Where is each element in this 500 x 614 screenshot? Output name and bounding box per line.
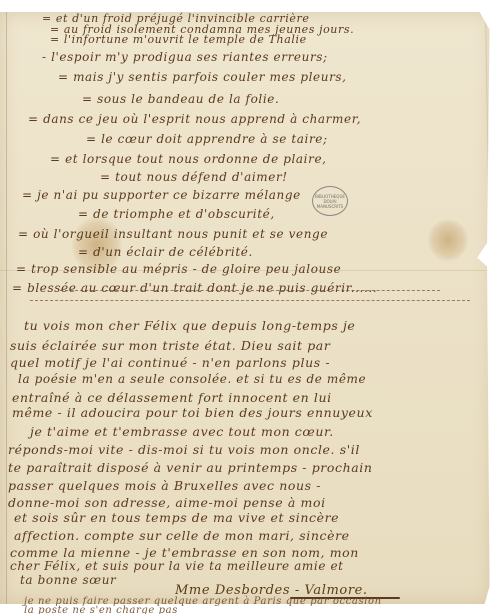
letter-line: la poésie m'en a seule consolée. et si t…: [18, 372, 366, 386]
letter-line: entraîné à ce délassement fort innocent …: [12, 390, 332, 405]
poem-line: = tout nous défend d'aimer!: [100, 170, 288, 184]
letter-line: suis éclairée sur mon triste état. Dieu …: [10, 338, 330, 353]
letter-line: et sois sûr en tous temps de ma vive et …: [14, 510, 339, 525]
letter-line: cher Félix, et suis pour la vie ta meill…: [10, 559, 344, 573]
page-fold-right: [485, 12, 496, 604]
letter-line: ta bonne sœur: [20, 573, 116, 587]
letter-line: je t'aime et t'embrasse avec tout mon cœ…: [30, 424, 334, 439]
library-stamp: BIBLIOTHEQUE DOUAI MANUSCRITS: [312, 186, 348, 216]
poem-underline-dashes: [60, 290, 440, 292]
letter-line: passer quelques mois à Bruxelles avec no…: [8, 478, 321, 493]
letter-line: donne-moi son adresse, aime-moi pense à …: [8, 495, 326, 510]
poem-line: = dans ce jeu où l'esprit nous apprend à…: [28, 112, 361, 126]
letter-line: même - il adoucira pour toi bien des jou…: [12, 405, 373, 420]
poem-line: = sous le bandeau de la folie.: [82, 92, 279, 106]
poem-line: = et lorsque tout nous ordonne de plaire…: [50, 152, 327, 166]
letter-line: réponds-moi vite - dis-moi si tu vois mo…: [8, 442, 360, 457]
page-fold-left: [6, 12, 7, 604]
poem-line: = de triomphe et d'obscurité,: [78, 207, 275, 221]
poem-line: = où l'orgueil insultant nous punit et s…: [18, 227, 328, 241]
poem-line: = l'infortune m'ouvrit le temple de Thal…: [50, 33, 307, 46]
water-stain-right: [428, 219, 468, 261]
poem-underline-dashes: [30, 300, 470, 302]
poem-line: = blessée au cœur d'un trait dont je ne …: [12, 281, 377, 295]
poem-line: = trop sensible au mépris - de gloire pe…: [16, 262, 341, 276]
poem-line: - l'espoir m'y prodigua ses riantes erre…: [42, 50, 328, 64]
poem-line: = je n'ai pu supporter ce bizarre mélang…: [22, 188, 301, 202]
poem-line: = le cœur doit apprendre à se taire;: [86, 132, 328, 146]
stamp-line: MANUSCRITS: [317, 204, 343, 209]
letter-line: comme la mienne - je t'embrasse en son n…: [10, 545, 359, 560]
postscript-line: la poste ne s'en charge pas: [24, 605, 178, 614]
letter-line: tu vois mon cher Félix que depuis long-t…: [24, 318, 355, 333]
poem-line: = d'un éclair de célébrité.: [78, 245, 253, 259]
letter-line: affection. compte sur celle de mon mari,…: [14, 528, 350, 543]
letter-line: te paraîtrait disposé à venir au printem…: [8, 460, 373, 475]
letter-line: quel motif je l'ai continué - n'en parlo…: [10, 355, 330, 370]
poem-line: = mais j'y sentis parfois couler mes ple…: [58, 70, 347, 84]
